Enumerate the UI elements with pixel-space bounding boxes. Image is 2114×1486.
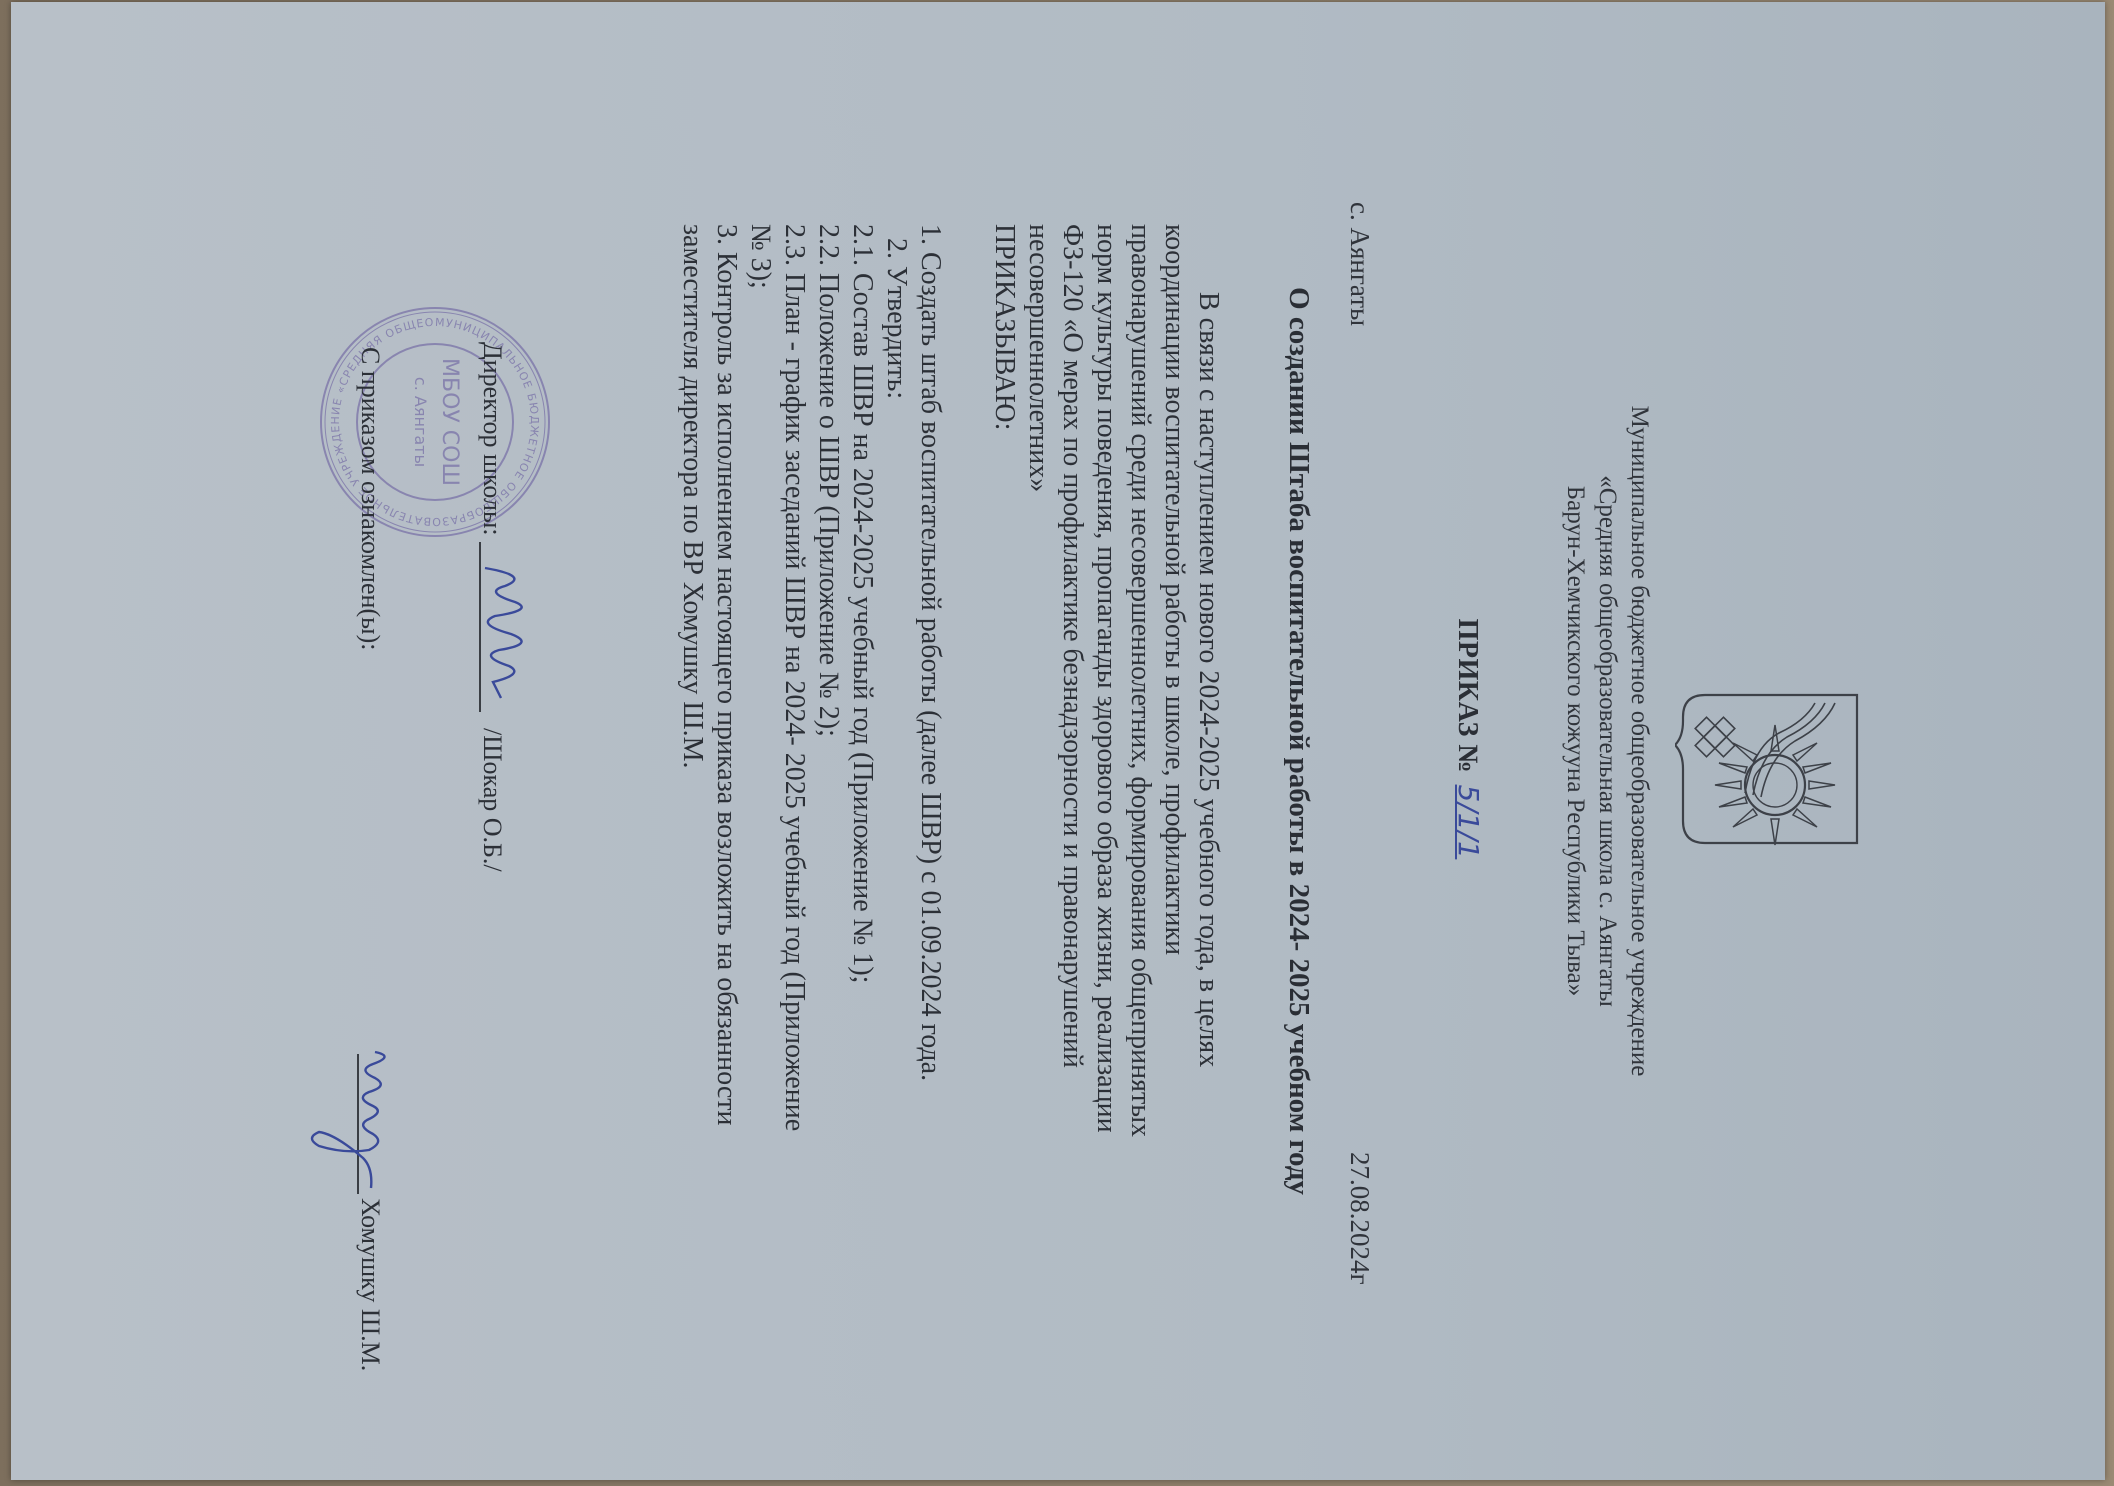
order-item: 2. Утвердить: [879,238,913,399]
preamble-line: норм культуры поведения, пропаганды здор… [1089,224,1123,1133]
preamble-line: несовершеннолетних» [1021,224,1055,492]
order-item: № 3); [743,224,777,289]
order-title: ПРИКАЗ № 5/1/1 [1451,2,1485,1480]
acknowledged-label: С приказом ознакомлен(ы): [353,347,387,650]
director-name: /Шокар О.Б./ [475,728,509,872]
order-item: 1. Создать штаб воспитательной работы (д… [913,224,947,1081]
order-title-prefix: ПРИКАЗ № [1452,619,1483,773]
preamble-line: ФЗ-120 «О мерах по профилактике безнадзо… [1055,224,1089,1068]
photo-background: Муниципальное бюджетное общеобразователь… [0,0,2114,1486]
org-name-line-1: Муниципальное бюджетное общеобразователь… [1625,2,1653,1480]
org-name-line-3: Барун-Хемчикского кожууна Республики Тыв… [1561,2,1589,1480]
svg-text:с. Аянгаты: с. Аянгаты [411,377,430,467]
order-number-handwritten: 5/1/1 [1452,781,1485,864]
official-stamp: МУНИЦИПАЛЬНОЕ БЮДЖЕТНОЕ ОБЩЕОБРАЗОВАТЕЛЬ… [315,302,555,542]
preamble-line: В связи с наступлением нового 2024-2025 … [1191,292,1225,1067]
order-date: 27.08.2024г [1344,1152,1375,1285]
order-item: 2.2. Положение о ШВР (Приложение № 2); [811,224,845,737]
director-label: Директор школы: [475,342,509,536]
acknowledged-signature [305,1042,415,1202]
order-item: 3. Контроль за исполнением настоящего пр… [709,224,743,1125]
order-place: с. Аянгаты [1344,202,1375,326]
director-signature [465,558,545,708]
stamp-center-text: МБОУ СОШ [437,358,462,486]
preamble-line: координации воспитательной работы в школ… [1157,224,1191,955]
decree-word: ПРИКАЗЫВАЮ: [987,224,1021,430]
order-item: заместителя директора по ВР Хомушку Ш.М. [675,224,709,768]
order-item: 2.1. Состав ШВР на 2024-2025 учебный год… [845,224,879,983]
tuva-coat-of-arms-icon [1675,685,1865,853]
order-item: 2.3. План - график заседаний ШВР на 2024… [777,224,811,1131]
org-name-line-2: «Средняя общеобразовательная школа с. Ая… [1593,2,1621,1480]
document-page: Муниципальное бюджетное общеобразователь… [11,2,2105,1480]
preamble-line: правонарушений среди несовершеннолетних,… [1123,224,1157,1137]
acknowledged-name: Хомушку Ш.М. [353,1198,387,1371]
order-subject: О создании Штаба воспитательной работы в… [1282,2,1315,1480]
